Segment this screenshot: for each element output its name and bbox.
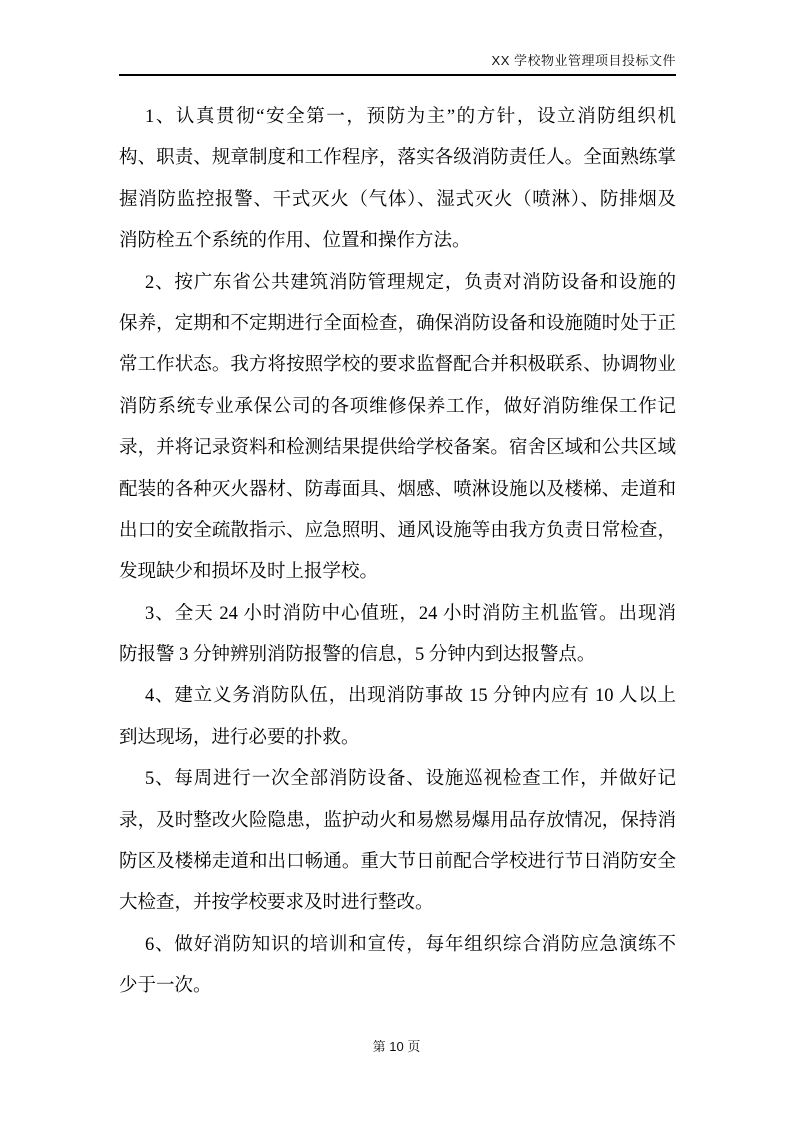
paragraph: 4、建立义务消防队伍，出现消防事故 15 分钟内应有 10 人以上到达现场，进行… (119, 676, 676, 759)
paragraph: 6、做好消防知识的培训和宣传，每年组织综合消防应急演练不少于一次。 (119, 925, 676, 1008)
paragraph: 3、全天 24 小时消防中心值班，24 小时消防主机监管。出现消防报警 3 分钟… (119, 594, 676, 677)
text-line: 录，及时整改火险隐患，监护动火和易燃易爆用品存放情况，保持消 (119, 801, 676, 842)
text-line: 发现缺少和损坏及时上报学校。 (119, 552, 676, 593)
text-line: 3、全天 24 小时消防中心值班，24 小时消防主机监管。出现消 (119, 594, 676, 635)
text-line: 防区及楼梯走道和出口畅通。重大节日前配合学校进行节日消防安全 (119, 842, 676, 883)
text-line: 防报警 3 分钟辨别消防报警的信息，5 分钟内到达报警点。 (119, 635, 676, 676)
text-line: 4、建立义务消防队伍，出现消防事故 15 分钟内应有 10 人以上 (119, 676, 676, 717)
text-line: 配装的各种灭火器材、防毒面具、烟感、喷淋设施以及楼梯、走道和 (119, 470, 676, 511)
text-line: 到达现场，进行必要的扑救。 (119, 718, 676, 759)
text-line: 5、每周进行一次全部消防设备、设施巡视检查工作，并做好记 (119, 759, 676, 800)
header-rule (119, 74, 676, 76)
text-line: 录，并将记录资料和检测结果提供给学校备案。宿舍区域和公共区域 (119, 428, 676, 469)
text-line: 6、做好消防知识的培训和宣传，每年组织综合消防应急演练不 (119, 925, 676, 966)
text-line: 握消防监控报警、干式灭火（气体）、湿式灭火（喷淋）、防排烟及 (119, 180, 676, 221)
text-line: 消防栓五个系统的作用、位置和操作方法。 (119, 221, 676, 262)
text-line: 2、按广东省公共建筑消防管理规定，负责对消防设备和设施的 (119, 263, 676, 304)
text-line: 消防系统专业承保公司的各项维修保养工作，做好消防维保工作记 (119, 387, 676, 428)
text-line: 常工作状态。我方将按照学校的要求监督配合并积极联系、协调物业 (119, 345, 676, 386)
paragraph: 5、每周进行一次全部消防设备、设施巡视检查工作，并做好记录，及时整改火险隐患，监… (119, 759, 676, 925)
page-number: 第 10 页 (373, 1039, 421, 1054)
text-line: 保养，定期和不定期进行全面检查，确保消防设备和设施随时处于正 (119, 304, 676, 345)
document-page: XX 学校物业管理项目投标文件 1、认真贯彻“安全第一，预防为主”的方针，设立消… (0, 0, 793, 1122)
document-body: 1、认真贯彻“安全第一，预防为主”的方针，设立消防组织机构、职责、规章制度和工作… (119, 97, 676, 1008)
text-line: 出口的安全疏散指示、应急照明、通风设施等由我方负责日常检查， (119, 511, 676, 552)
text-line: 构、职责、规章制度和工作程序，落实各级消防责任人。全面熟练掌 (119, 138, 676, 179)
page-footer: 第 10 页 (0, 1038, 793, 1056)
text-line: 大检查，并按学校要求及时进行整改。 (119, 883, 676, 924)
text-line: 1、认真贯彻“安全第一，预防为主”的方针，设立消防组织机 (119, 97, 676, 138)
paragraph: 2、按广东省公共建筑消防管理规定，负责对消防设备和设施的保养，定期和不定期进行全… (119, 263, 676, 594)
text-line: 少于一次。 (119, 966, 676, 1007)
header-title: XX 学校物业管理项目投标文件 (119, 52, 676, 70)
paragraph: 1、认真贯彻“安全第一，预防为主”的方针，设立消防组织机构、职责、规章制度和工作… (119, 97, 676, 263)
